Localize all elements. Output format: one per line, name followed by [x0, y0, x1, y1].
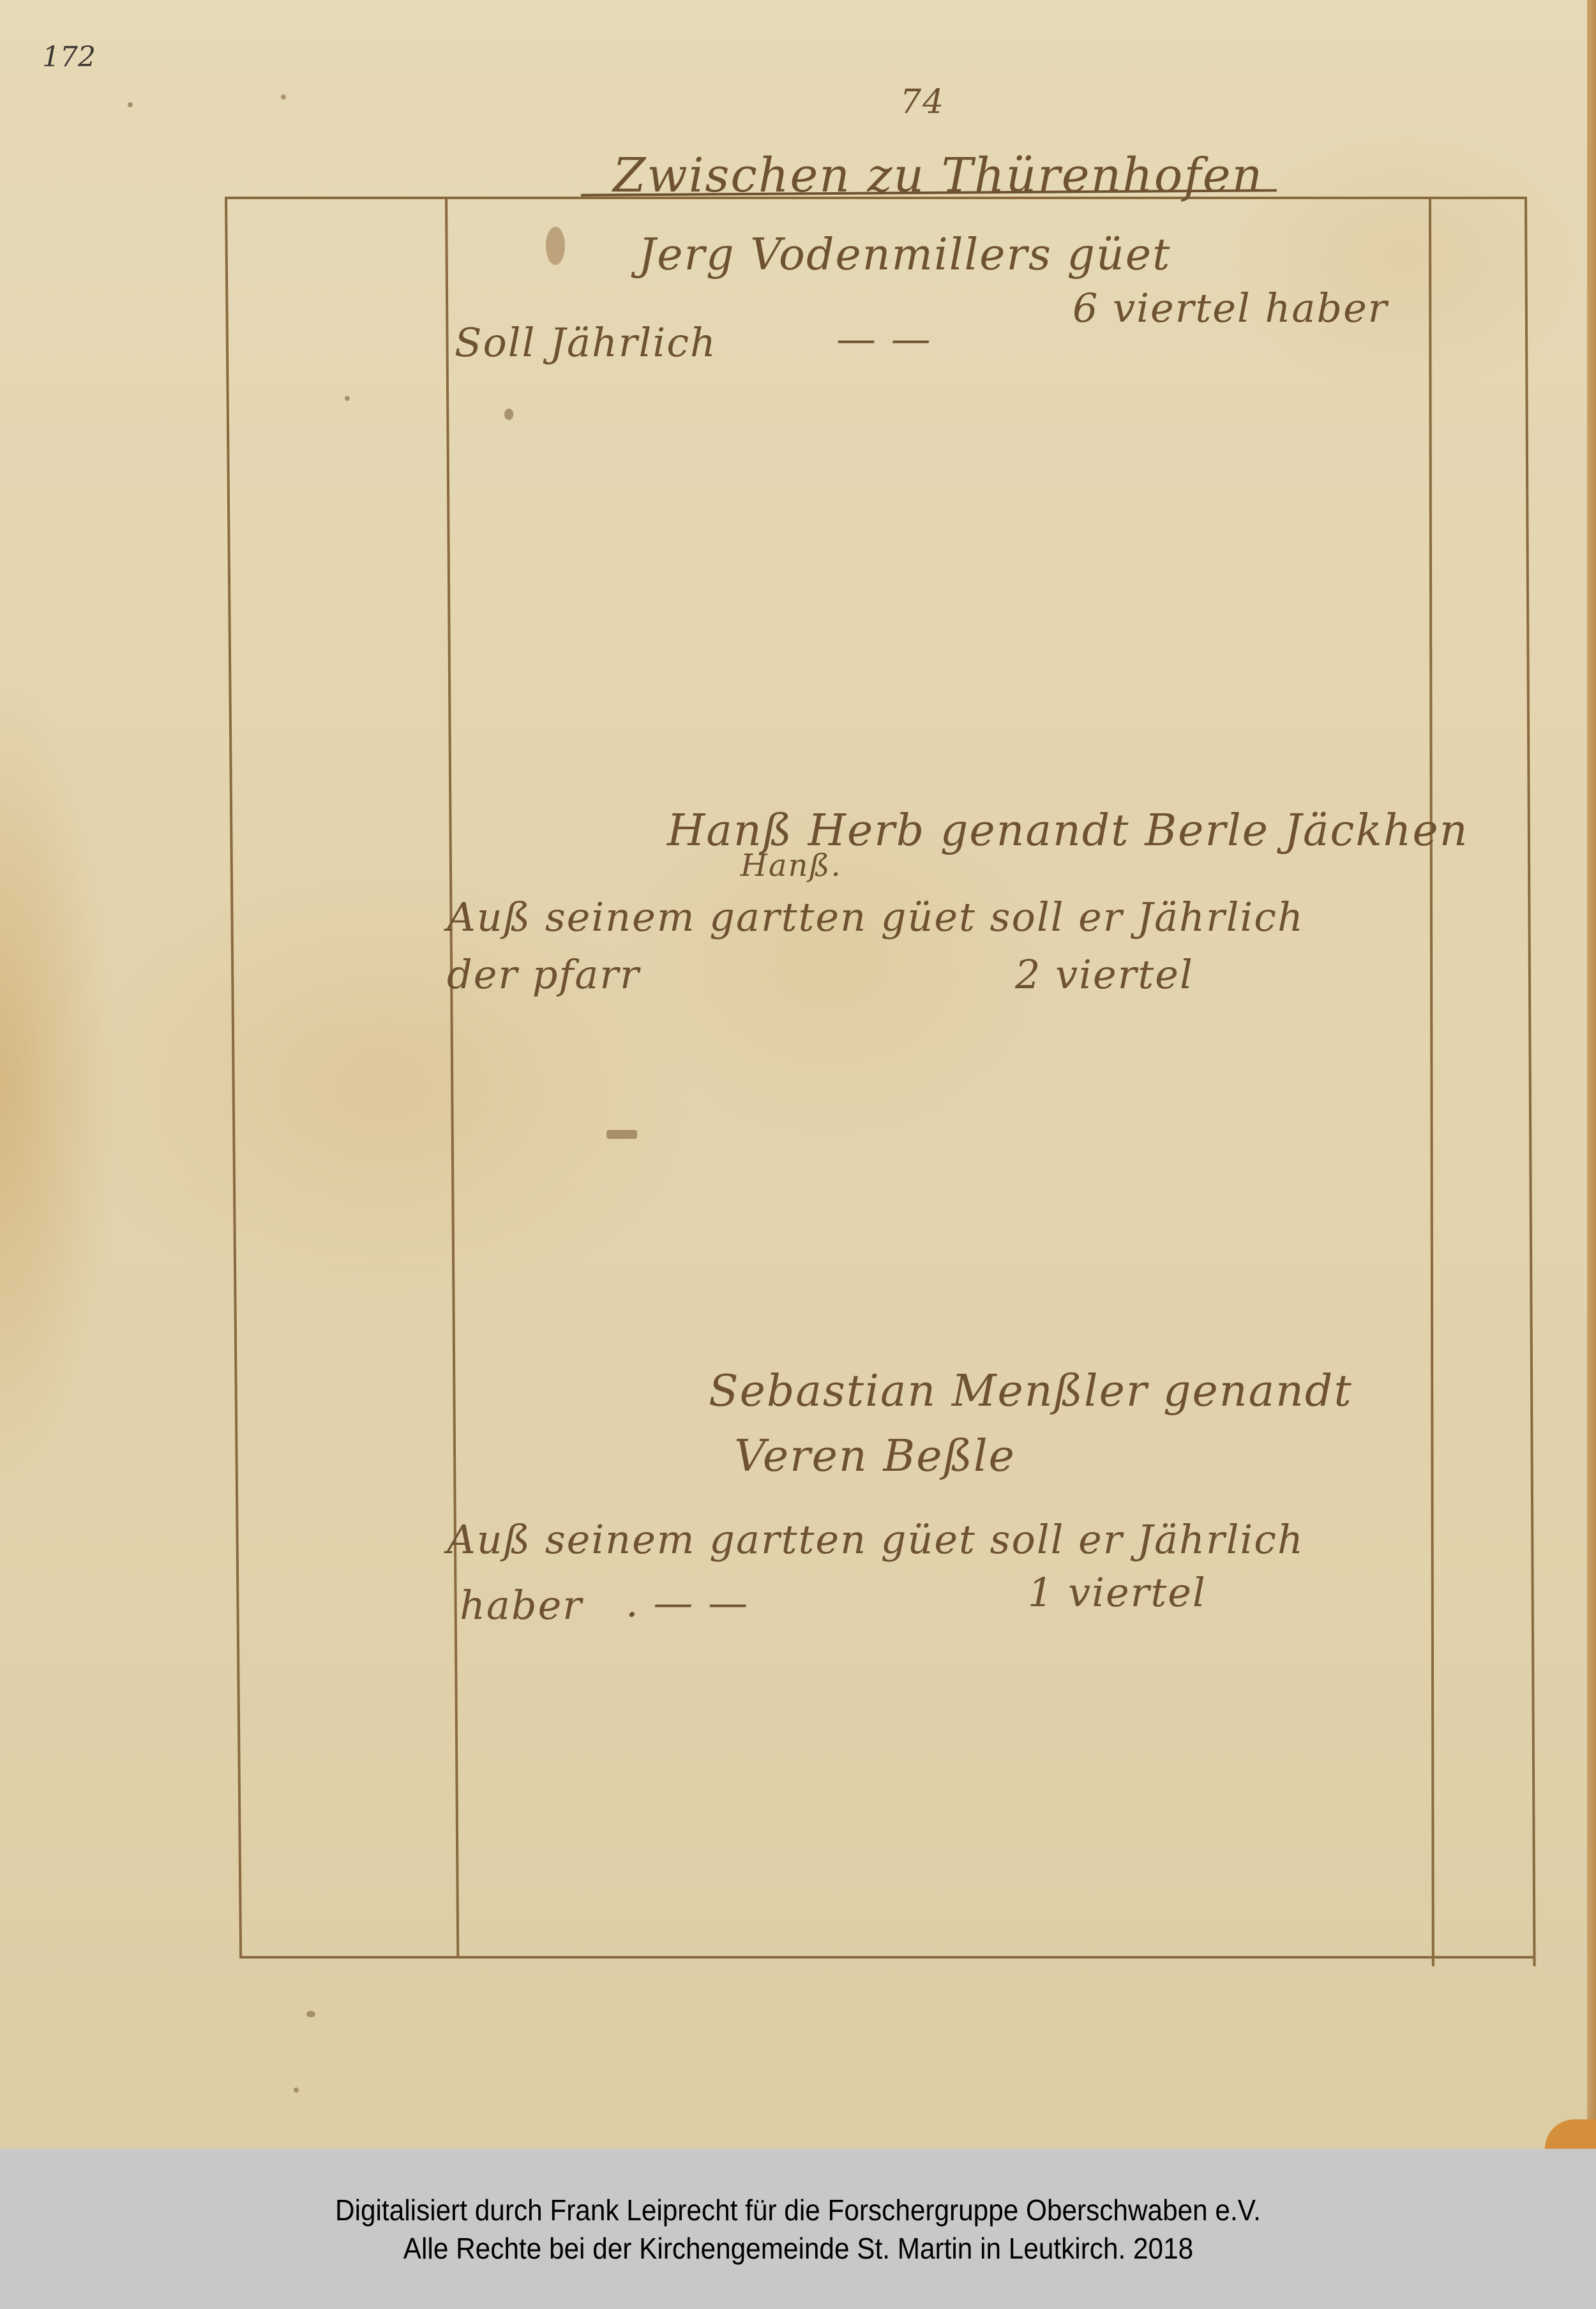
credit-line-1: Digitalisiert durch Frank Leiprecht für …: [335, 2191, 1261, 2229]
credit-line-2: Alle Rechte bei der Kirchengemeinde St. …: [403, 2229, 1193, 2268]
frame-left-outer-rule: [225, 197, 242, 1959]
page-edge: [1587, 0, 1596, 2149]
ink-spot: [504, 409, 513, 420]
entry-3-dashes: . — —: [626, 1579, 749, 1626]
ink-spot: [306, 2011, 315, 2017]
entry-3-amount: 1 viertel: [1028, 1569, 1207, 1616]
page-corner-curl: [1545, 2119, 1596, 2149]
entry-2-recipient: der pfarr: [447, 951, 640, 998]
entry-2-name-continued: Hanß.: [741, 848, 842, 884]
folio-number: 74: [900, 83, 945, 121]
entry-1-dashes: — —: [836, 315, 932, 362]
entry-3-commodity: haber: [460, 1582, 583, 1628]
digitization-credit-banner: Digitalisiert durch Frank Leiprecht für …: [0, 2149, 1596, 2309]
ink-blot: [546, 227, 565, 265]
manuscript-page: 172 74 Zwischen zu Thürenhofen Jerg Vode…: [0, 0, 1596, 2149]
ink-spot: [128, 102, 133, 107]
ink-spot: [345, 396, 350, 401]
entry-1-amount: 6 viertel haber: [1073, 285, 1388, 331]
entry-1-name: Jerg Vodenmillers güet: [638, 230, 1171, 280]
frame-right-outer-rule: [1524, 197, 1536, 1966]
entry-3-name: Sebastian Menßler genandt: [709, 1366, 1353, 1417]
entry-3-obligation: Auß seinem gartten güet soll er Jährlich: [447, 1516, 1304, 1563]
entry-2-amount: 2 viertel: [1015, 951, 1194, 998]
entry-3-name-continued: Veren Beßle: [734, 1431, 1016, 1482]
frame-left-inner-rule: [445, 197, 459, 1959]
page-number: 172: [42, 41, 96, 73]
ink-spot: [294, 2087, 299, 2093]
frame-right-inner-rule: [1429, 197, 1434, 1966]
ink-spot: [281, 94, 286, 100]
ink-smudge: [606, 1130, 637, 1139]
entry-2-obligation: Auß seinem gartten güet soll er Jährlich: [447, 894, 1304, 940]
frame-bottom-rule: [240, 1956, 1535, 1959]
entry-1-obligation: Soll Jährlich: [455, 319, 717, 366]
